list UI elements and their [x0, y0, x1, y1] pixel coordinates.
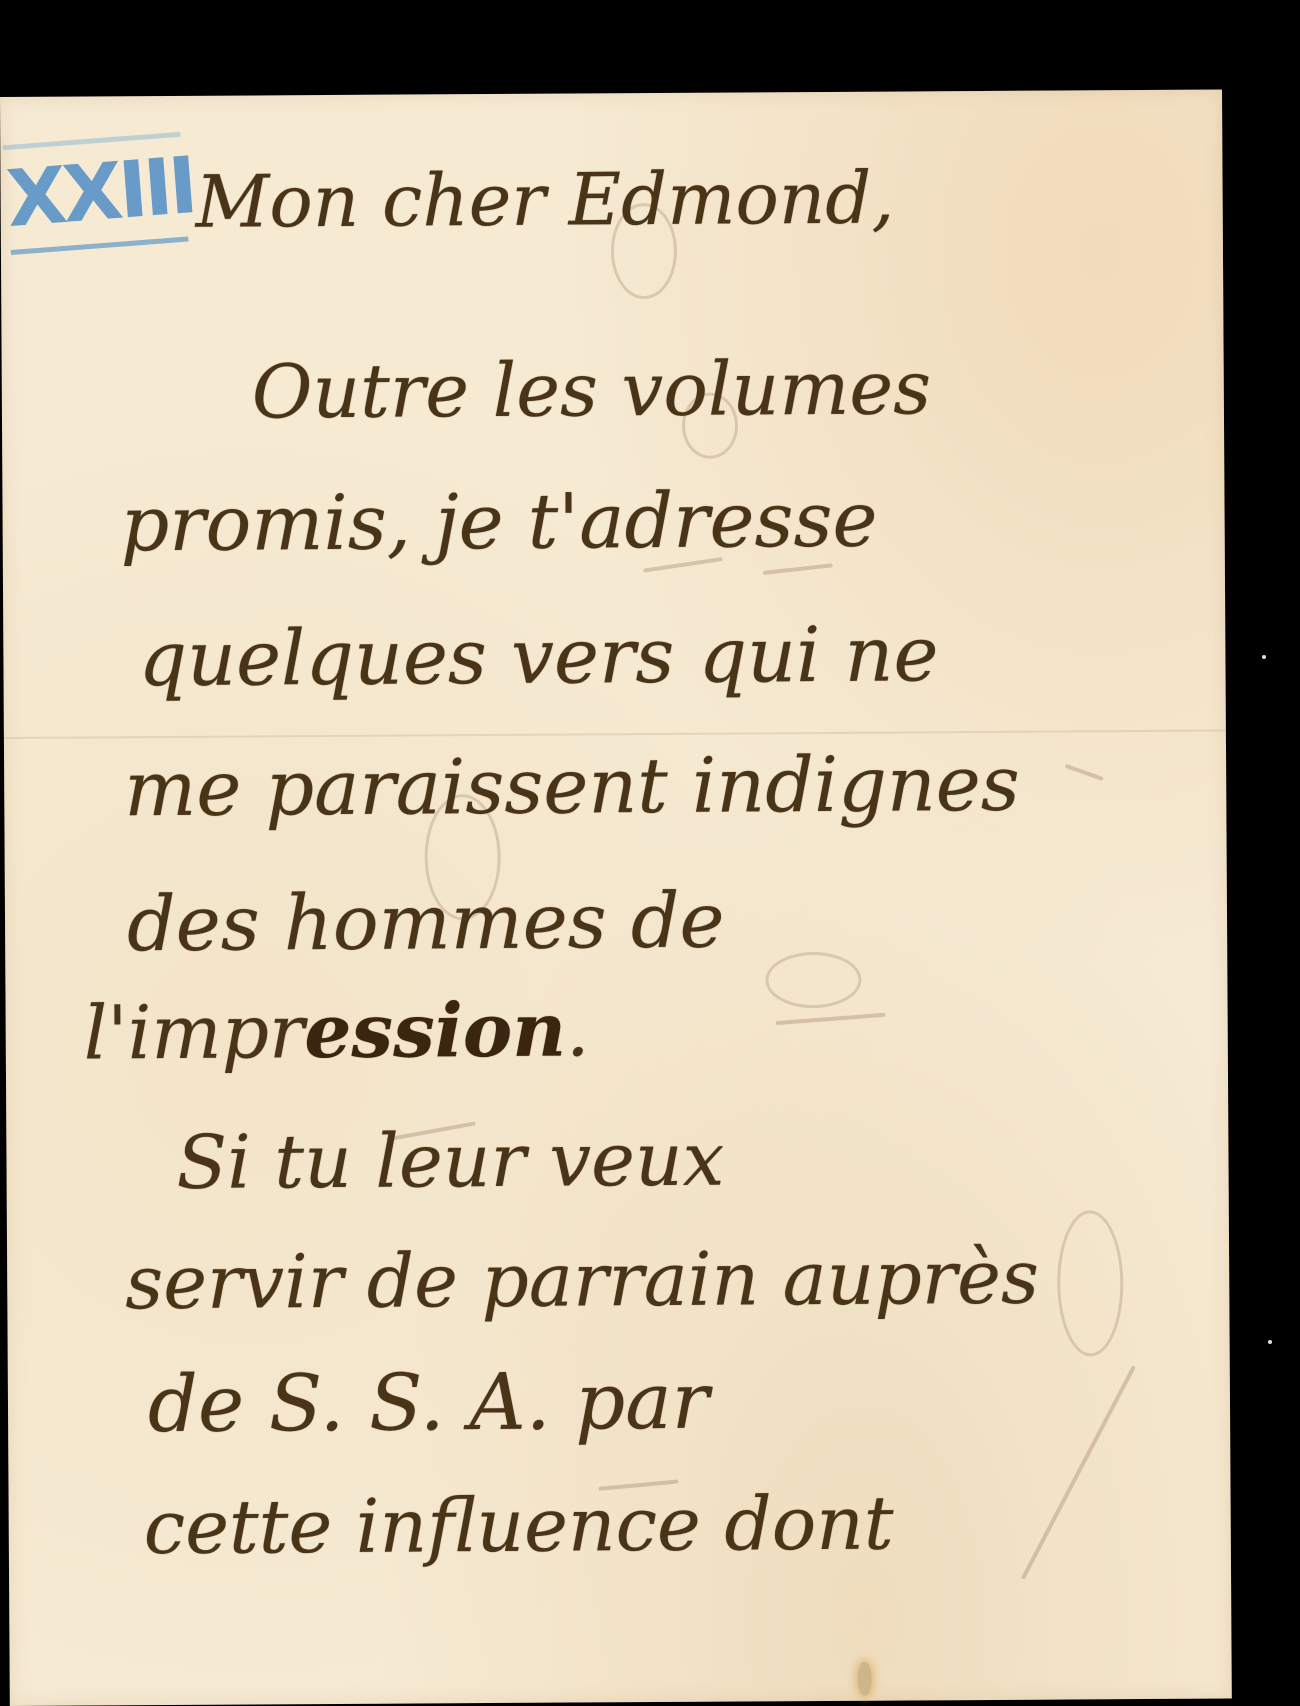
bleed-through-stroke: [1065, 764, 1104, 781]
bleed-through-stroke: [763, 563, 833, 575]
scanned-letter: XXIII Mon cher Edmond, Outre les volumes…: [0, 0, 1300, 1706]
letter-line: Outre les volumes: [252, 351, 932, 429]
salutation: Mon cher Edmond,: [195, 162, 894, 238]
line-text: .: [566, 987, 590, 1073]
bleed-through-mark: [1057, 1210, 1124, 1356]
archive-number-mark: XXIII: [3, 132, 189, 255]
letter-line: des hommes de: [127, 883, 725, 963]
ink-blotted-text: ession: [304, 988, 566, 1076]
letter-line: Si tu leur veux: [176, 1123, 724, 1200]
letter-line: quelques vers qui ne: [138, 616, 938, 697]
bleed-through-stroke: [776, 1013, 886, 1025]
scan-dust-speck: [1262, 655, 1266, 659]
letter-line: promis, je t'adresse: [120, 482, 877, 563]
bleed-through-stroke: [1021, 1365, 1136, 1579]
letter-paper: XXIII Mon cher Edmond, Outre les volumes…: [0, 90, 1232, 1706]
paper-hole: [858, 1662, 872, 1696]
paper-fold-line: [4, 730, 1226, 739]
letter-line: me paraissent indignes: [124, 746, 1020, 827]
letter-line: servir de parrain auprès: [125, 1241, 1039, 1321]
bleed-through-mark: [765, 952, 861, 1009]
scan-dust-speck: [1268, 1340, 1272, 1344]
letter-line: cette influence dont: [144, 1487, 894, 1566]
line-text: l'impr: [83, 989, 304, 1076]
letter-line: l'impression.: [83, 993, 589, 1070]
letter-line: de S. S. A. par: [148, 1363, 709, 1444]
